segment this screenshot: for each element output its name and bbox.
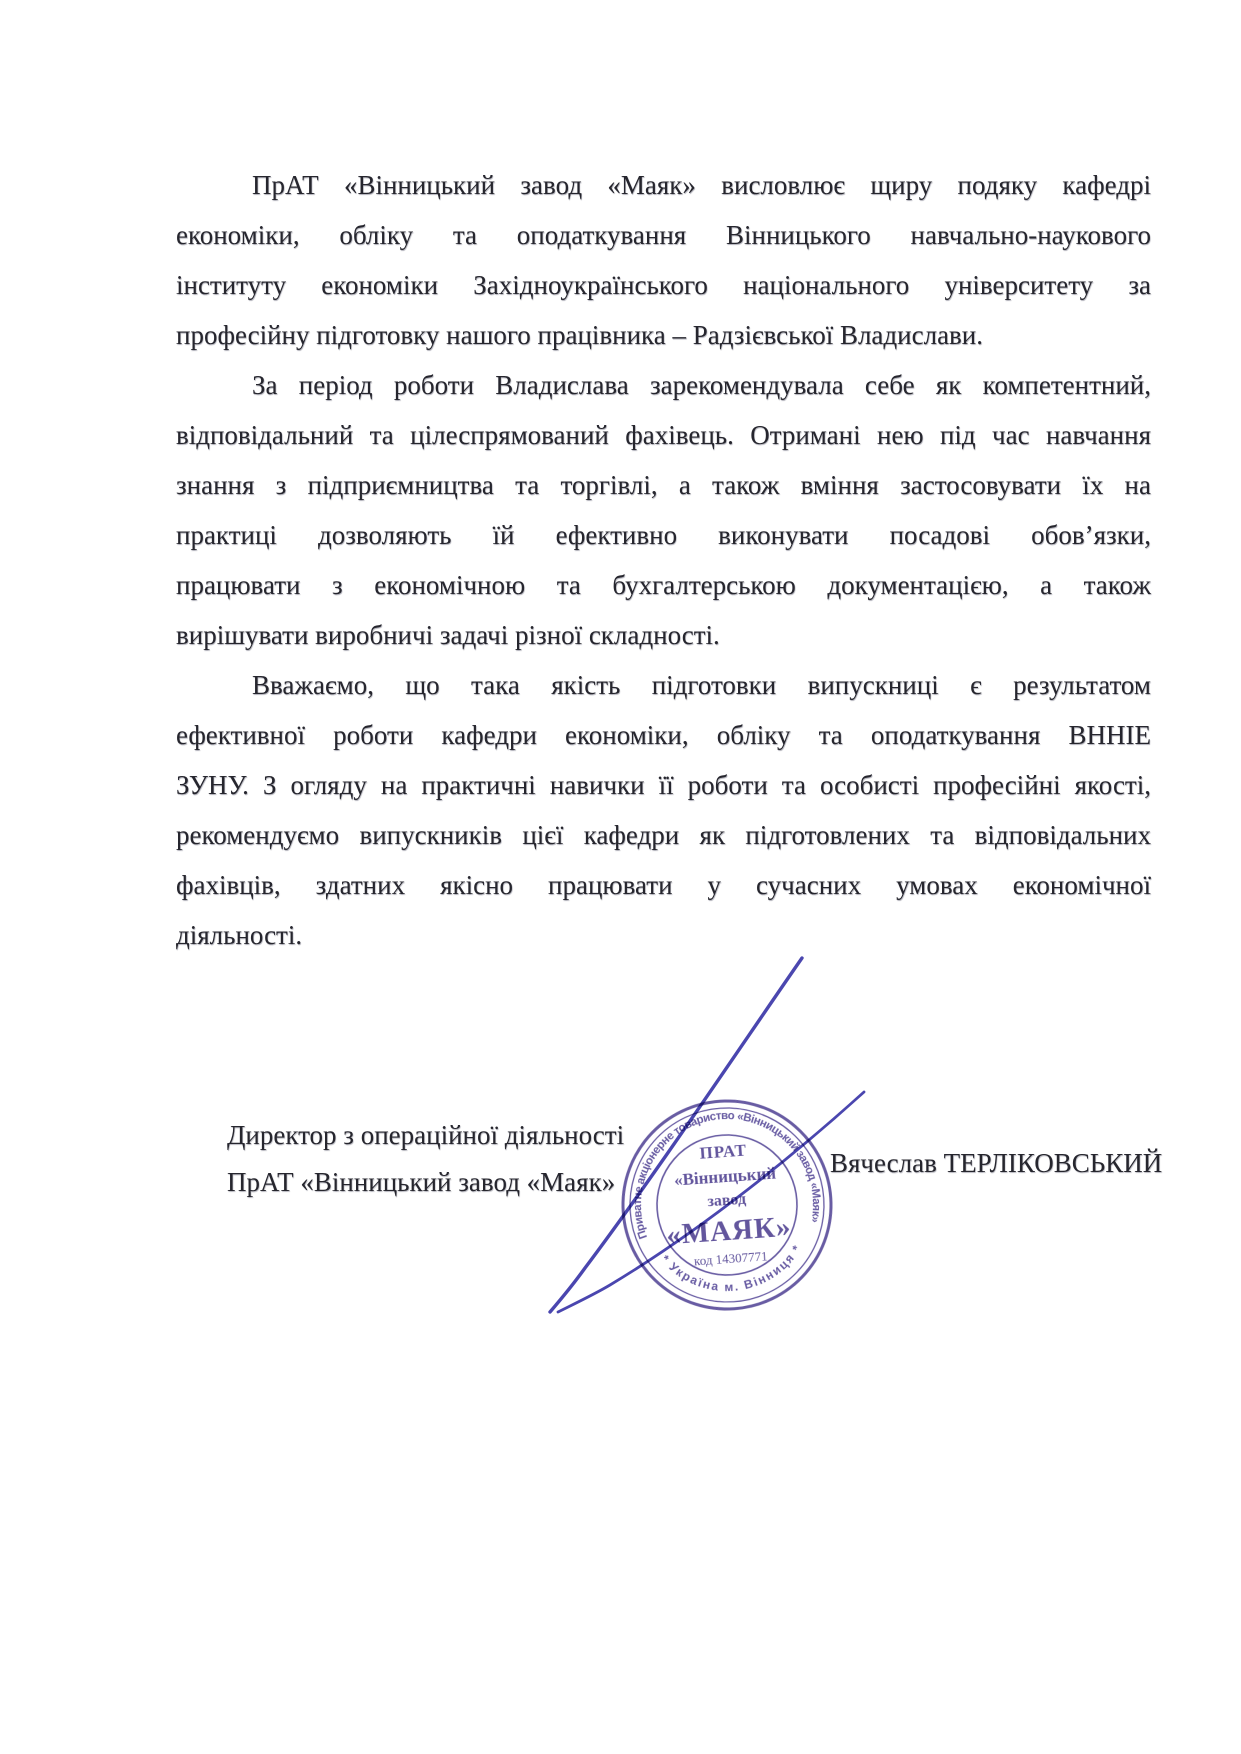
body-line: фахівців, здатних якісно працювати у суч… [176,860,1151,910]
scanned-letter-page: ПрАТ «Вінницький завод «Маяк» висловлює … [0,0,1241,1754]
body-line: ефективної роботи кафедри економіки, обл… [176,710,1151,760]
body-line: інституту економіки Західноукраїнського … [176,260,1151,310]
body-line: ЗУНУ. З огляду на практичні навички її р… [176,760,1151,810]
body-line: економіки, обліку та оподаткування Вінни… [176,210,1151,260]
body-line: відповідальний та цілеспрямований фахіве… [176,410,1151,460]
body-line: ПрАТ «Вінницький завод «Маяк» висловлює … [176,160,1151,210]
body-line: За період роботи Владислава зарекомендув… [176,360,1151,410]
body-line: практиці дозволяють їй ефективно виконув… [176,510,1151,560]
body-line: знання з підприємництва та торгівлі, а т… [176,460,1151,510]
body-line: рекомендуємо випускників цієї кафедри як… [176,810,1151,860]
letter-body: ПрАТ «Вінницький завод «Маяк» висловлює … [176,160,1151,960]
body-line: професійну підготовку нашого працівника … [176,310,1151,360]
signature-stroke [500,940,900,1340]
signature-stroke-main [550,958,802,1312]
body-line: Вважаємо, що така якість підготовки випу… [176,660,1151,710]
signature-stroke-secondary [558,1092,864,1312]
body-line: працювати з економічною та бухгалтерсько… [176,560,1151,610]
body-line: вирішувати виробничі задачі різної склад… [176,610,1151,660]
